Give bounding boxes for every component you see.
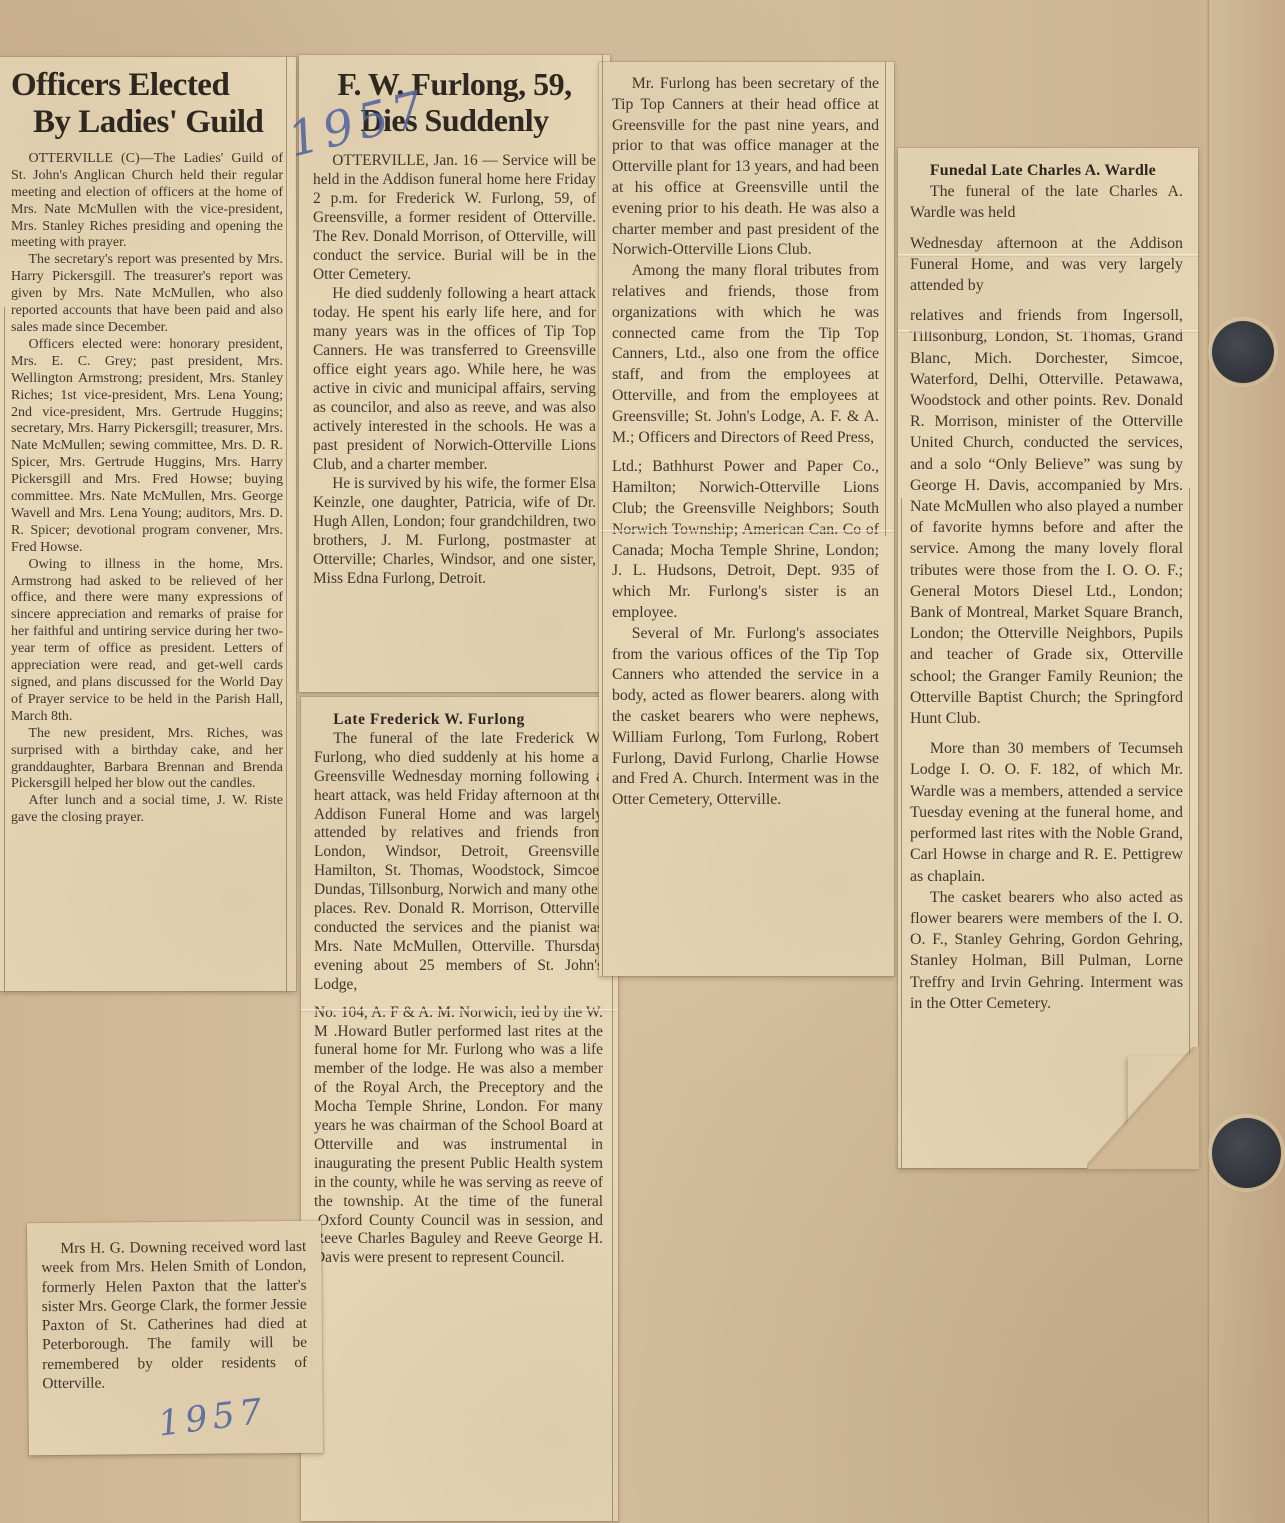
clipping-ladies-guild: Officers Elected By Ladies' Guild OTTERV…	[0, 57, 296, 991]
punch-hole-top	[1212, 321, 1274, 383]
clipping-seam	[898, 254, 1198, 257]
column-rule	[602, 62, 603, 976]
clipping-seam	[898, 330, 1198, 333]
column-rule	[4, 307, 5, 991]
guild-paragraph: The secretary's report was presented by …	[11, 252, 283, 337]
page-edge-strip	[1210, 0, 1285, 1523]
guild-paragraph: Officers elected were: honorary presiden…	[11, 337, 283, 557]
continuation-paragraph: Among the many floral tributes from rela…	[612, 261, 879, 448]
wardle-paragraph: More than 30 members of Tecumseh Lodge I…	[910, 738, 1183, 886]
guild-headline-line2: By Ladies' Guild	[11, 104, 283, 141]
wardle-paragraph: relatives and friends from Ingersoll, Ti…	[910, 305, 1183, 729]
guild-headline: Officers Elected By Ladies' Guild	[11, 67, 283, 141]
folded-corner	[1087, 1047, 1199, 1169]
clipping-wardle-funeral: Funedal Late Charles A. Wardle The funer…	[898, 148, 1198, 1168]
downing-paragraph: Mrs H. G. Downing received word last wee…	[41, 1237, 307, 1394]
punch-hole-bottom	[1212, 1118, 1281, 1188]
guild-headline-line1: Officers Elected	[11, 67, 229, 103]
wardle-paragraph: Wednesday afternoon at the Addison Funer…	[910, 233, 1183, 297]
column-rule	[901, 498, 902, 1168]
funeral-paragraph: The funeral of the late Frederick W. Fur…	[314, 730, 603, 995]
column-rule	[885, 62, 886, 536]
obit-paragraph: He died suddenly following a heart attac…	[313, 284, 596, 474]
guild-paragraph: Owing to illness in the home, Mrs. Armst…	[11, 557, 283, 726]
obit-paragraph: OTTERVILLE, Jan. 16 — Service will be he…	[313, 151, 596, 284]
funeral-subhead: Late Frederick W. Furlong	[314, 711, 603, 730]
continuation-paragraph: Mr. Furlong has been secretary of the Ti…	[612, 74, 879, 261]
guild-paragraph: The new president, Mrs. Riches, was surp…	[11, 726, 283, 794]
wardle-paragraph: The funeral of the late Charles A. Wardl…	[910, 181, 1183, 223]
guild-paragraph: OTTERVILLE (C)—The Ladies' Guild of St. …	[11, 151, 283, 252]
wardle-headline: Funedal Late Charles A. Wardle	[910, 160, 1183, 181]
continuation-paragraph: Several of Mr. Furlong's associates from…	[612, 624, 879, 811]
continuation-paragraph: Ltd.; Bathhurst Power and Paper Co., Ham…	[612, 457, 879, 623]
guild-paragraph: After lunch and a social time, J. W. Ris…	[11, 793, 283, 827]
wardle-paragraph: The casket bearers who also acted as flo…	[910, 887, 1183, 1014]
clipping-furlong-continuation: Mr. Furlong has been secretary of the Ti…	[599, 62, 894, 976]
funeral-paragraph: No. 104, A. F & A. M. Norwich, led by th…	[314, 1004, 603, 1269]
clipping-seam	[599, 530, 894, 533]
clipping-seam	[301, 1009, 618, 1012]
scrapbook-page: Officers Elected By Ladies' Guild OTTERV…	[0, 0, 1285, 1523]
obit-paragraph: He is survived by his wife, the former E…	[313, 474, 596, 588]
column-rule	[286, 57, 287, 991]
clipping-furlong-funeral: Late Frederick W. Furlong The funeral of…	[301, 697, 618, 1521]
